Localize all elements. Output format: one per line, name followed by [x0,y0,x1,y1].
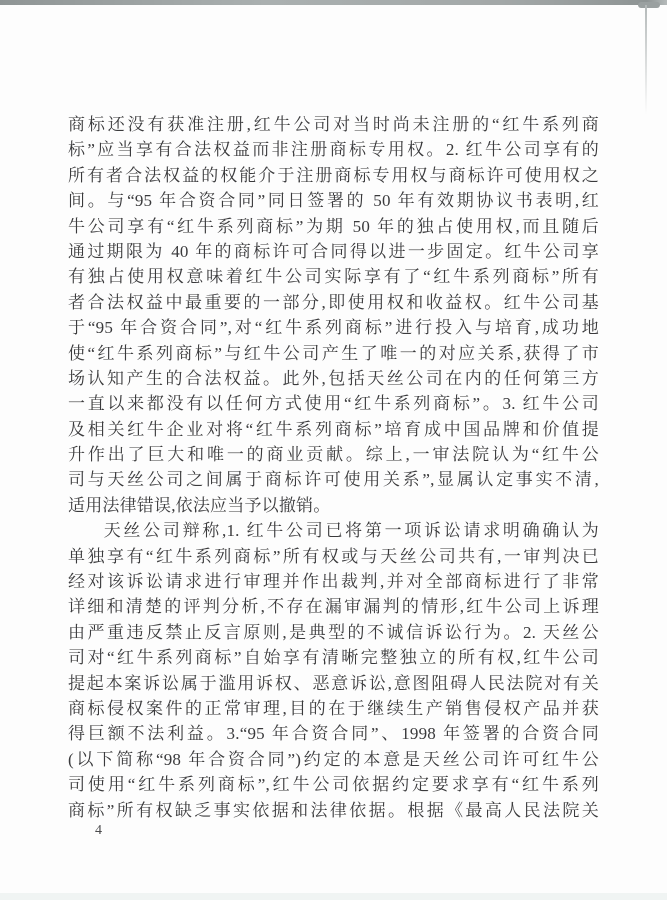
text-line: 场认知产生的合法权益。此外,包括天丝公司在内的任何第三方 [68,366,599,391]
scan-artifact-top-right-blob [638,2,660,8]
text-line: 有独占使用权意味着红牛公司实际享有了“红牛系列商标”所有 [68,264,599,289]
text-line: 由严重违反禁止反言原则,是典型的不诚信诉讼行为。2. 天丝公 [68,620,599,645]
body-text: 商标还没有获准注册,红牛公司对当时尚未注册的“红牛系列商 标”应当享有合法权益而… [68,112,599,823]
text-line: 升作出了巨大和唯一的商业贡献。综上,一审法院认为“红牛公 [68,442,599,467]
text-line: 标”应当享有合法权益而非注册商标专用权。2. 红牛公司享有的 [68,137,599,162]
text-line: 于“95 年合资合同”,对“红牛系列商标”进行投入与培育,成功地 [68,315,599,340]
page-number: 4 [95,822,102,840]
text-line: 及相关红牛企业对将“红牛系列商标”培育成中国品牌和价值提 [68,417,599,442]
text-line: 商标”所有权缺乏事实依据和法律依据。根据《最高人民法院关 [68,798,599,823]
text-line: 者合法权益中最重要的一部分,即使用权和收益权。红牛公司基 [68,290,599,315]
text-line: 司对“红牛系列商标”自始享有清晰完整独立的所有权,红牛公司 [68,645,599,670]
text-line: 所有者合法权益的权能介于注册商标专用权与商标许可使用权之 [68,163,599,188]
text-line: 牛公司享有“红牛系列商标”为期 50 年的独占使用权,而且随后 [68,214,599,239]
scan-artifact-right-line [645,5,647,115]
scan-artifact-top-bar [0,0,667,5]
text-line: (以下简称“98 年合资合同”)约定的本意是天丝公司许可红牛公 [68,747,599,772]
text-line: 商标侵权案件的正常审理,目的在于继续生产销售侵权产品并获 [68,696,599,721]
text-line: 详细和清楚的评判分析,不存在漏审漏判的情形,红牛公司上诉理 [68,594,599,619]
text-line: 经对该诉讼请求进行审理并作出裁判,并对全部商标进行了非常 [68,569,599,594]
text-line: 提起本案诉讼属于滥用诉权、恶意诉讼,意图阻碍人民法院对有关 [68,671,599,696]
scan-artifact-bottom-band [0,893,667,900]
text-line: 司使用“红牛系列商标”,红牛公司依据约定要求享有“红牛系列 [68,772,599,797]
document-page: 商标还没有获准注册,红牛公司对当时尚未注册的“红牛系列商 标”应当享有合法权益而… [0,0,667,900]
text-line: 司与天丝公司之间属于商标许可使用关系”,显属认定事实不清, [68,467,599,492]
text-line: 一直以来都没有以任何方式使用“红牛系列商标”。3. 红牛公司 [68,391,599,416]
text-line: 通过期限为 40 年的商标许可合同得以进一步固定。红牛公司享 [68,239,599,264]
text-line: 适用法律错误,依法应当予以撤销。 [68,493,599,518]
text-line-paragraph-start: 天丝公司辩称,1. 红牛公司已将第一项诉讼请求明确确认为 [68,518,599,543]
text-line: 商标还没有获准注册,红牛公司对当时尚未注册的“红牛系列商 [68,112,599,137]
text-line: 单独享有“红牛系列商标”所有权或与天丝公司共有,一审判决已 [68,544,599,569]
text-line: 使“红牛系列商标”与红牛公司产生了唯一的对应关系,获得了市 [68,341,599,366]
text-line: 得巨额不法利益。3.“95 年合资合同”、1998 年签署的合资合同 [68,721,599,746]
text-line: 间。与“95 年合资合同”同日签署的 50 年有效期协议书表明,红 [68,188,599,213]
